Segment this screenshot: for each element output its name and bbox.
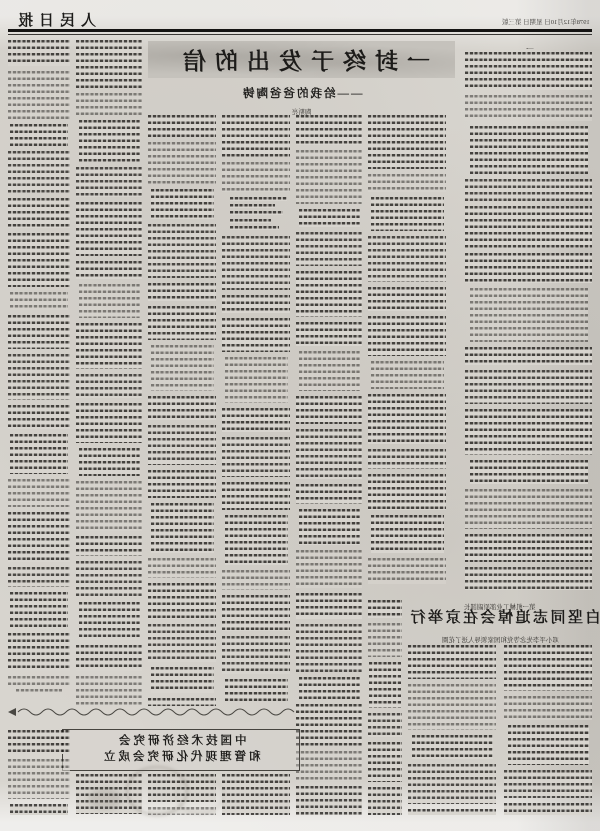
text-column xyxy=(76,774,142,815)
masthead: 人民日报 xyxy=(12,9,96,30)
boxed-headline-line1: 中国技术经济研究会 xyxy=(116,734,247,750)
text-column xyxy=(148,774,216,815)
text-column xyxy=(148,115,216,706)
text-column xyxy=(504,645,592,815)
dateline-text: 1978年12月10日 星期日 第三版 xyxy=(502,17,590,26)
boxed-headline-line2: 和管理现代化研究会成立 xyxy=(101,750,261,766)
text-column xyxy=(76,40,142,706)
text-column xyxy=(222,774,290,815)
text-column xyxy=(368,600,402,815)
text-column xyxy=(368,115,446,593)
header-rule-thick xyxy=(8,29,592,32)
text-column xyxy=(8,40,70,685)
main-subtitle-row: ——给我的爸爸陶铸 xyxy=(148,84,455,102)
obituary-headline: 白坚同志追悼会在京举行 xyxy=(408,606,600,627)
text-column xyxy=(408,645,496,815)
boxed-article-headline: 中国技术经济研究会 和管理现代化研究会成立 xyxy=(62,729,300,771)
dateline: 1978年12月10日 星期日 第三版 xyxy=(340,17,590,26)
attribution-line xyxy=(16,689,62,694)
main-headline: 一封终于发出的信 xyxy=(174,43,430,76)
masthead-text: 人民日报 xyxy=(12,9,96,30)
text-column xyxy=(296,115,362,815)
text-column xyxy=(8,730,70,815)
wavy-divider xyxy=(8,705,300,717)
text-column-with-verse xyxy=(222,115,290,706)
newspaper-page: 人民日报 1978年12月10日 星期日 第三版 一封终于发出的信 ——给我的爸… xyxy=(0,0,600,831)
main-subtitle: ——给我的爸爸陶铸 xyxy=(241,85,363,101)
obituary-headline-row: 白坚同志追悼会在京举行 xyxy=(408,606,592,627)
text-column xyxy=(465,52,592,590)
main-headline-box: 一封终于发出的信 xyxy=(148,41,455,78)
header-rule-thin xyxy=(8,34,592,35)
wave-line-icon xyxy=(8,706,300,718)
obituary-deck: 邓小平李先念等党和国家领导人送了花圈 xyxy=(442,635,559,644)
